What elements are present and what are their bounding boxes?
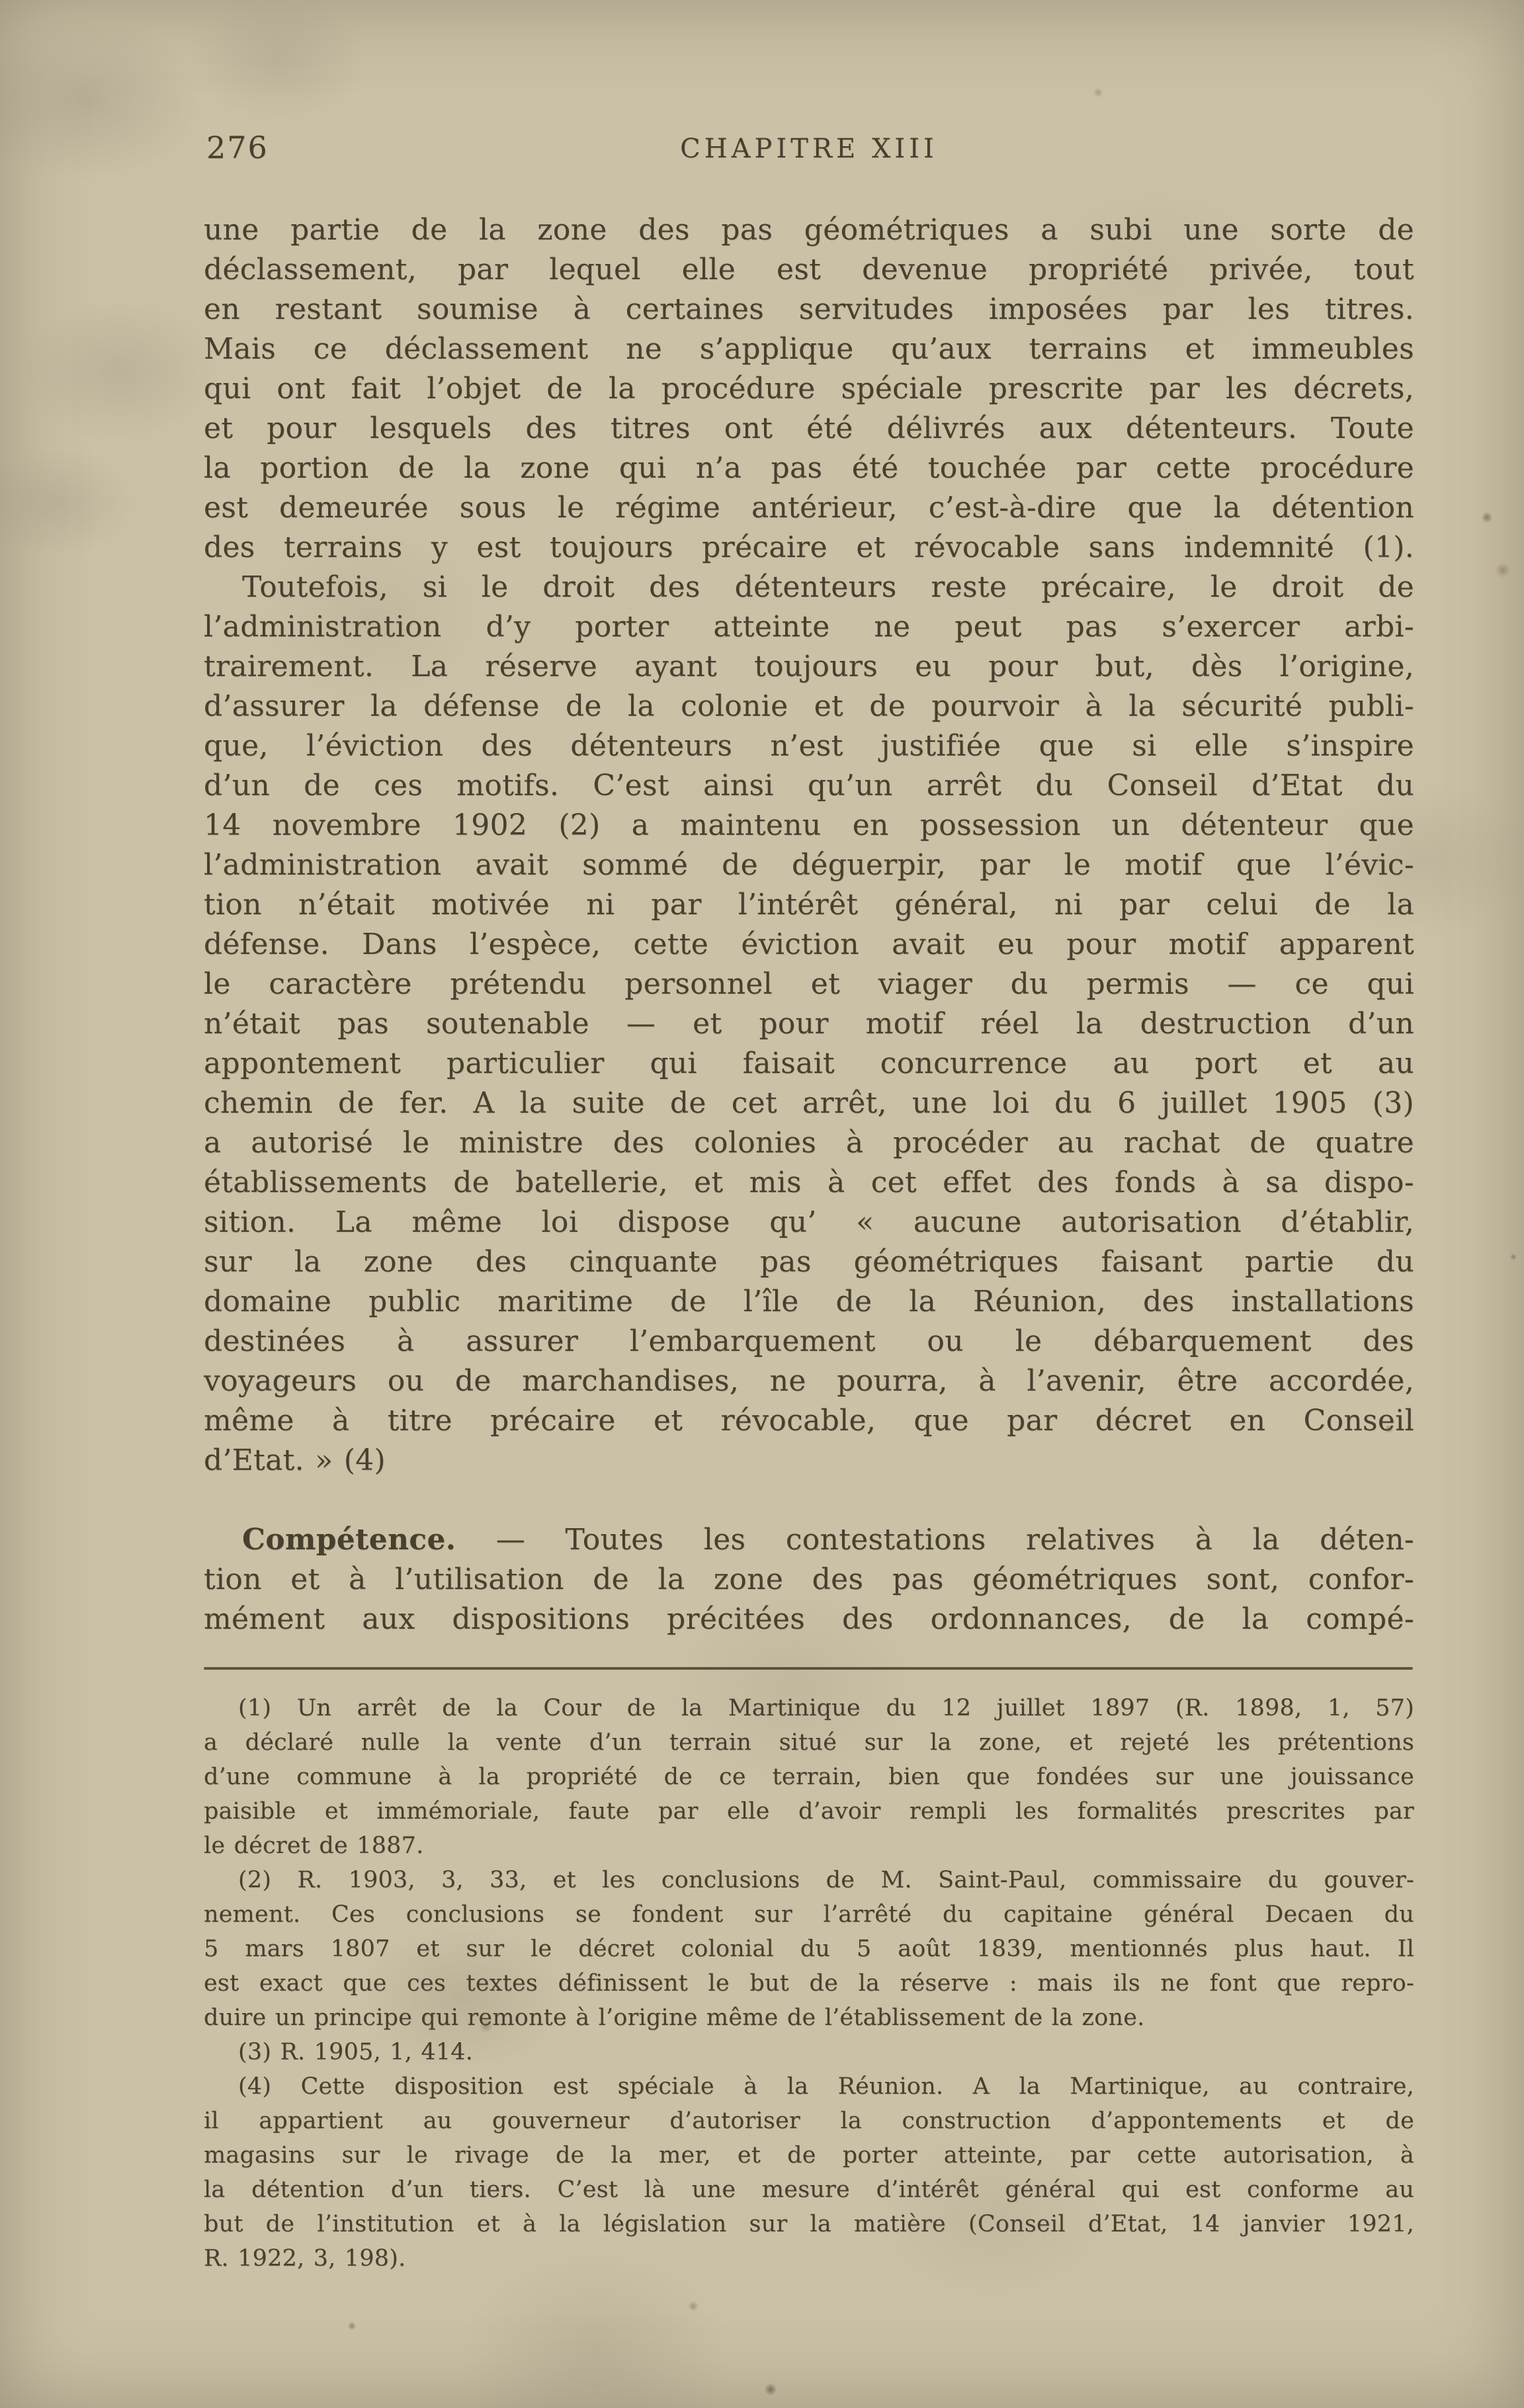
text-line: est demeurée sous le régime antérieur, c… bbox=[204, 488, 1414, 528]
text-line: but de l’institution et à la législation… bbox=[204, 2207, 1414, 2241]
text-line: Mais ce déclassement ne s’applique qu’au… bbox=[204, 329, 1414, 369]
text-line: établissements de batellerie, et mis à c… bbox=[204, 1163, 1414, 1203]
text-line: d’Etat. » (4) bbox=[204, 1441, 1414, 1481]
text-line: (2) R. 1903, 3, 33, et les conclusions d… bbox=[204, 1863, 1414, 1897]
paragraph-toutefois: Toutefois, si le droit des détenteurs re… bbox=[204, 568, 1414, 1481]
text-line: (4) Cette disposition est spéciale à la … bbox=[204, 2069, 1414, 2104]
text-line: mément aux dispositions précitées des or… bbox=[204, 1600, 1414, 1639]
footnote-4: (4) Cette disposition est spéciale à la … bbox=[204, 2069, 1414, 2276]
text-line: magasins sur le rivage de la mer, et de … bbox=[204, 2138, 1414, 2172]
text-line: 5 mars 1807 et sur le décret colonial du… bbox=[204, 1932, 1414, 1966]
text-line: tion et à l’utilisation de la zone des p… bbox=[204, 1560, 1414, 1600]
body-text: une partie de la zone des pas géométriqu… bbox=[204, 210, 1414, 1639]
text-line: a déclaré nulle la vente d’un terrain si… bbox=[204, 1725, 1414, 1760]
text-line: est exact que ces textes définissent le … bbox=[204, 1966, 1414, 2000]
text-line: d’assurer la défense de la colonie et de… bbox=[204, 687, 1414, 726]
footnote-2: (2) R. 1903, 3, 33, et les conclusions d… bbox=[204, 1863, 1414, 2035]
text-line: duire un principe qui remonte à l’origin… bbox=[204, 2000, 1414, 2035]
footnote-1: (1) Un arrêt de la Cour de la Martinique… bbox=[204, 1691, 1414, 1863]
book-page: 276 CHAPITRE XIII une partie de la zone … bbox=[0, 0, 1524, 2408]
text-line: chemin de fer. A la suite de cet arrêt, … bbox=[204, 1084, 1414, 1123]
text-line: d’un de ces motifs. C’est ainsi qu’un ar… bbox=[204, 766, 1414, 806]
text-line: Toutefois, si le droit des détenteurs re… bbox=[204, 568, 1414, 607]
footnote-3: (3) R. 1905, 1, 414. bbox=[204, 2035, 1414, 2069]
bold-lead: Compétence. bbox=[242, 1523, 456, 1557]
text-line: en restant soumise à certaines servitude… bbox=[204, 290, 1414, 329]
text-line: une partie de la zone des pas géométriqu… bbox=[204, 210, 1414, 250]
paragraph-continuation: une partie de la zone des pas géométriqu… bbox=[204, 210, 1414, 568]
text-line: et pour lesquels des titres ont été déli… bbox=[204, 409, 1414, 449]
footnotes: (1) Un arrêt de la Cour de la Martinique… bbox=[204, 1691, 1414, 2276]
text-line: le caractère prétendu personnel et viage… bbox=[204, 965, 1414, 1004]
text-line: voyageurs ou de marchandises, ne pourra,… bbox=[204, 1361, 1414, 1401]
text-line: a autorisé le ministre des colonies à pr… bbox=[204, 1123, 1414, 1163]
text-line: le décret de 1887. bbox=[204, 1828, 1414, 1863]
text-line: sur la zone des cinquante pas géométriqu… bbox=[204, 1242, 1414, 1282]
text-line: que, l’éviction des détenteurs n’est jus… bbox=[204, 726, 1414, 766]
paragraph-competence: Compétence. — Toutes les contestations r… bbox=[204, 1520, 1414, 1639]
text-line: domaine public maritime de l’île de la R… bbox=[204, 1282, 1414, 1322]
text-line: trairement. La réserve ayant toujours eu… bbox=[204, 647, 1414, 687]
text-line: même à titre précaire et révocable, que … bbox=[204, 1401, 1414, 1441]
text-line: qui ont fait l’objet de la procédure spé… bbox=[204, 369, 1414, 409]
text-line: (3) R. 1905, 1, 414. bbox=[204, 2035, 1414, 2069]
chapter-title: CHAPITRE XIII bbox=[204, 134, 1414, 164]
text-line: déclassement, par lequel elle est devenu… bbox=[204, 250, 1414, 290]
text-line: R. 1922, 3, 198). bbox=[204, 2241, 1414, 2276]
text-line: d’une commune à la propriété de ce terra… bbox=[204, 1760, 1414, 1794]
text-line: tion n’était motivée ni par l’intérêt gé… bbox=[204, 885, 1414, 925]
footnote-separator-rule bbox=[204, 1667, 1413, 1670]
text-line: Compétence. — Toutes les contestations r… bbox=[204, 1520, 1414, 1560]
text-line: (1) Un arrêt de la Cour de la Martinique… bbox=[204, 1691, 1414, 1725]
text-line: destinées à assurer l’embarquement ou le… bbox=[204, 1322, 1414, 1361]
text-line: il appartient au gouverneur d’autoriser … bbox=[204, 2104, 1414, 2138]
text-line: l’administration d’y porter atteinte ne … bbox=[204, 607, 1414, 647]
text-line: défense. Dans l’espèce, cette éviction a… bbox=[204, 925, 1414, 965]
text-line: n’était pas soutenable — et pour motif r… bbox=[204, 1004, 1414, 1044]
text-line: des terrains y est toujours précaire et … bbox=[204, 528, 1414, 568]
text-line: nement. Ces conclusions se fondent sur l… bbox=[204, 1897, 1414, 1932]
text-line: la détention d’un tiers. C’est là une me… bbox=[204, 2172, 1414, 2207]
text-line: sition. La même loi dispose qu’ « aucune… bbox=[204, 1203, 1414, 1242]
lead-rest: — Toutes les contestations relatives à l… bbox=[456, 1523, 1414, 1557]
text-line: la portion de la zone qui n’a pas été to… bbox=[204, 449, 1414, 488]
text-line: paisible et immémoriale, faute par elle … bbox=[204, 1794, 1414, 1828]
running-head: 276 CHAPITRE XIII bbox=[204, 130, 1414, 172]
text-line: appontement particulier qui faisait conc… bbox=[204, 1044, 1414, 1084]
text-line: 14 novembre 1902 (2) a maintenu en posse… bbox=[204, 806, 1414, 845]
text-line: l’administration avait sommé de déguerpi… bbox=[204, 845, 1414, 885]
